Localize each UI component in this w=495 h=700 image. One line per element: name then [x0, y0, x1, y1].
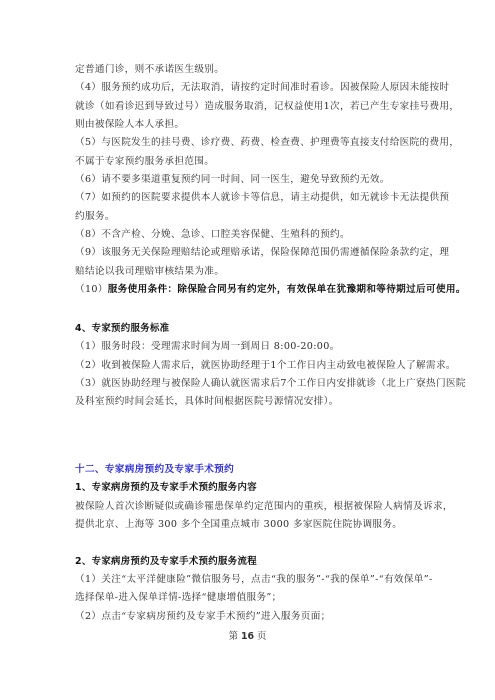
paragraph-line: （7）如预约的医院要求提供本人就诊卡等信息，请主动提供，如无就诊卡无法提供预	[75, 192, 440, 204]
section-heading: 4、专家预约服务标准	[75, 323, 440, 335]
paragraph-line: 及科室预约时间会延长，具体时间根据医院号源情况安排）。	[75, 396, 440, 408]
paragraph-line: （5）与医院发生的挂号费、诊疗费、药费、检查费、护理费等直接支付给医院的费用，	[75, 137, 440, 149]
paragraph-line: 被保险人首次诊断疑似或确诊罹患保单约定范围内的重疾，根据被保险人病情及诉求，	[75, 501, 440, 513]
item-10-bold-text: 服务使用条件：除保险合同另有约定外，有效保单在犹豫期和等待期过后可使用。	[108, 284, 466, 295]
paragraph-line: 约服务。	[75, 211, 440, 223]
paragraph-line: （8）不含产检、分娩、急诊、口腔美容保健、生殖科的预约。	[75, 229, 440, 241]
paragraph-line: 选择保单-进入保单详情-选择“健康增值服务”；	[75, 592, 440, 604]
section-heading: 1、专家病房预约及专家手术预约服务内容	[75, 482, 440, 494]
item-10-line: （10）服务使用条件：除保险合同另有约定外，有效保单在犹豫期和等待期过后可使用。	[75, 284, 440, 296]
paragraph-line: （1）服务时段：受理需求时间为周一到周日 8:00-20:00。	[75, 341, 440, 353]
paragraph-line: 就诊（如看诊迟到导致过号）造成服务取消，记权益使用1次，若已产生专家挂号费用，	[75, 101, 440, 113]
page-number: 第 16 页	[0, 628, 495, 642]
paragraph-line: （3）就医协助经理与被保险人确认就医需求后7个工作日内安排就诊（北上广寮热门医院	[75, 378, 440, 390]
paragraph-line: （6）请不要多渠道重复预约同一时间、同一医生，避免导致预约无效。	[75, 174, 440, 186]
paragraph-line: 提供北京、上海等 300 多个全国重点城市 3000 多家医院住院协调服务。	[75, 519, 440, 531]
paragraph-line: （2）点击“专家病房预约及专家手术预约”进入服务页面；	[75, 611, 440, 623]
item-10-prefix: （10）	[75, 284, 108, 295]
chapter-title: 十二、专家病房预约及专家手术预约	[75, 464, 440, 476]
paragraph-line: （9）该服务无关保险理赔结论或理赔承诺，保险保障范围仍需遵循保险条款约定，理	[75, 247, 440, 259]
page-number-prefix: 第	[229, 631, 238, 642]
paragraph-line: （1）关注“太平洋健康险”微信服务号，点击“我的服务”-“我的保单”-“有效保单…	[75, 574, 440, 586]
page-number-suffix: 页	[257, 631, 266, 642]
paragraph-line: 赔结论以我司理赔审核结果为准。	[75, 266, 440, 278]
document-page: 定普通门诊，则不承诺医生级别。 （4）服务预约成功后，无法取消，请按约定时间准时…	[0, 0, 495, 700]
page-number-value: 16	[241, 631, 254, 642]
paragraph-line: 不属于专家预约服务承担范围。	[75, 156, 440, 168]
paragraph-line: （2）收到被保险人需求后，就医协助经理于1个工作日内主动致电被保险人了解需求。	[75, 360, 440, 372]
paragraph-line: 定普通门诊，则不承诺医生级别。	[75, 64, 440, 76]
section-heading: 2、专家病房预约及专家手术预约服务流程	[75, 556, 440, 568]
paragraph-line: （4）服务预约成功后，无法取消，请按约定时间准时看诊。因被保险人原因未能按时	[75, 82, 440, 94]
paragraph-line: 则由被保险人本人承担。	[75, 119, 440, 131]
